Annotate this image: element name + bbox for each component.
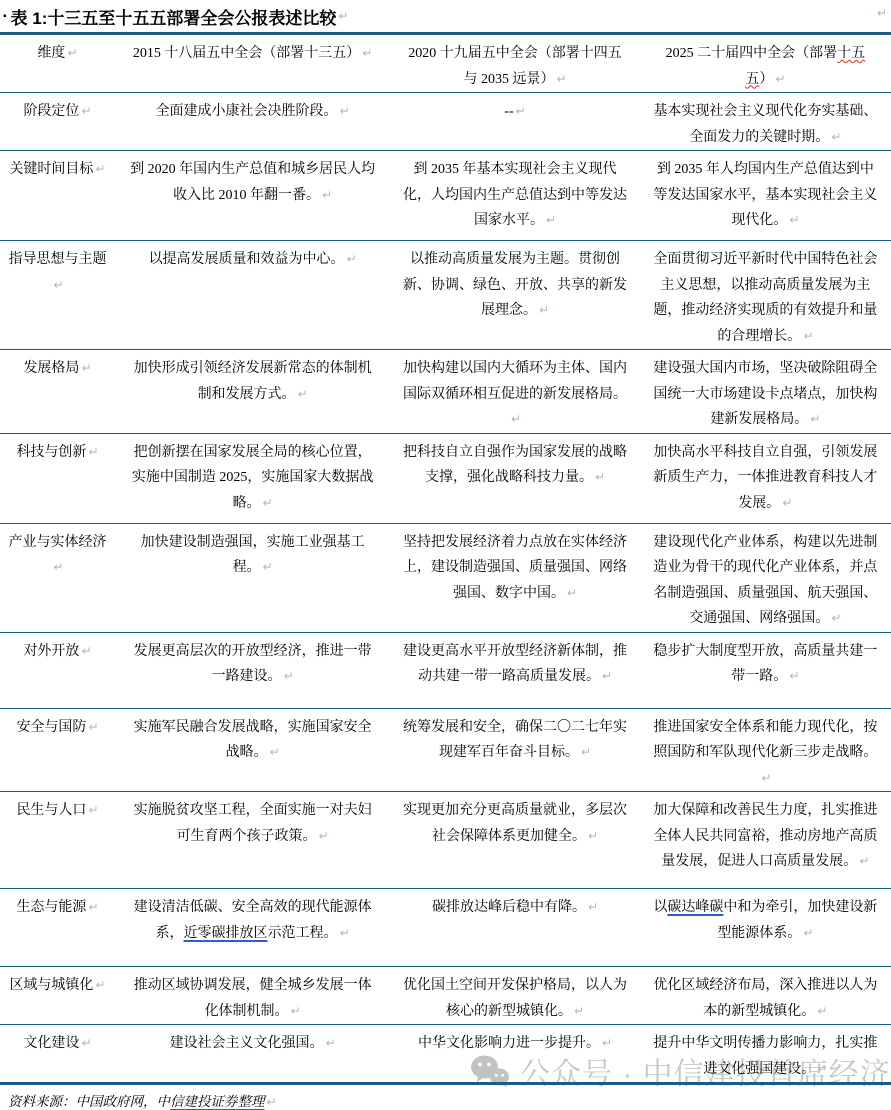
table-cell: 把创新摆在国家发展全局的核心位置，实施中国制造 2025，实施国家大数据战略。↵ [115, 434, 390, 517]
table-row: 科技与创新↵把创新摆在国家发展全局的核心位置，实施中国制造 2025，实施国家大… [0, 434, 891, 524]
row-label: 区域与城镇化↵ [0, 967, 115, 999]
paragraph-mark-icon: ↵ [81, 361, 91, 375]
paragraph-mark-icon: ↵ [95, 162, 105, 176]
cell-text: 安全与国防 [16, 720, 86, 735]
row-label: 指导思想与主题↵ [0, 241, 115, 298]
cell-text: 全面贯彻习近平新时代中国特色社会主义思想，以推动高质量发展为主题，推动经济实现质… [653, 252, 877, 344]
paragraph-mark-icon: ↵ [263, 560, 273, 574]
paragraph-mark-icon: ↵ [340, 926, 350, 940]
paragraph-mark-icon: ↵ [539, 303, 549, 317]
cell-text: 坚持把发展经济着力点放在实体经济上，建设制造强国、质量强国、网络强国、数字中国。 [403, 535, 627, 601]
table-cell: 建设更高水平开放型经济新体制，推动共建一带一路高质量发展。↵ [390, 633, 639, 690]
paragraph-mark-icon: ↵ [831, 611, 841, 625]
paragraph-mark-icon: ↵ [782, 496, 792, 510]
table-cell: 统筹发展和安全，确保二〇二七年实现建军百年奋斗目标。↵ [390, 709, 639, 766]
table-row: 产业与实体经济↵加快建设制造强国，实施工业强基工程。↵坚持把发展经济着力点放在实… [0, 524, 891, 633]
paragraph-mark-icon: ↵ [859, 854, 869, 868]
row-label: 安全与国防↵ [0, 709, 115, 741]
paragraph-mark-icon: ↵ [556, 72, 566, 86]
paragraph-mark-icon: ↵ [263, 496, 273, 510]
paragraph-mark-icon: ↵ [322, 188, 332, 202]
paragraph-mark-icon: ↵ [347, 252, 357, 266]
table-cell: 推进国家安全体系和能力现代化，按照国防和军队现代化新三步走战略。↵ [640, 709, 891, 792]
title-bullet-icon: ▪ [3, 11, 7, 22]
cell-text: 以 [653, 900, 667, 915]
table-cell: 以提高发展质量和效益为中心。↵ [115, 241, 390, 273]
table-cell: 提升中华文明传播力影响力，扎实推进文化强国建设。↵ [640, 1025, 891, 1082]
paragraph-mark-icon: ↵ [817, 1004, 827, 1018]
column-header: 2020 十九届五中全会（部署十四五与 2035 远景）↵ [390, 35, 639, 92]
grammar-marked-text: 碳达峰碳 [667, 900, 723, 915]
paragraph-mark-icon: ↵ [581, 745, 591, 759]
cell-text: 建设现代化产业体系，构建以先进制造业为骨干的现代化产业体系，并点名制造强国、质量… [653, 535, 877, 627]
cell-text: 推进国家安全体系和能力现代化，按照国防和军队现代化新三步走战略。 [653, 720, 877, 761]
paragraph-mark-icon: ↵ [53, 278, 63, 292]
paragraph-mark-icon: ↵ [789, 669, 799, 683]
paragraph-mark-icon: ↵ [88, 803, 98, 817]
row-label: 文化建设↵ [0, 1025, 115, 1057]
paragraph-mark-icon: ↵ [803, 329, 813, 343]
paragraph-mark-icon: ↵ [88, 445, 98, 459]
row-label: 对外开放↵ [0, 633, 115, 665]
cell-text: 基本实现社会主义现代化夯实基础、全面发力的关键时期。 [653, 104, 877, 145]
row-label: 科技与创新↵ [0, 434, 115, 466]
paragraph-mark-icon: ↵ [595, 470, 605, 484]
cell-text: 加大保障和改善民生力度，扎实推进全体人民共同富裕，推动房地产高质量发展，促进人口… [653, 803, 877, 869]
table-cell: 到 2035 年人均国内生产总值达到中等发达国家水平，基本实现社会主义现代化。↵ [640, 151, 891, 234]
table-cell: 加大保障和改善民生力度，扎实推进全体人民共同富裕，推动房地产高质量发展，促进人口… [640, 792, 891, 875]
paragraph-mark-icon: ↵ [298, 387, 308, 401]
table-cell: 坚持把发展经济着力点放在实体经济上，建设制造强国、质量强国、网络强国、数字中国。… [390, 524, 639, 607]
cell-text: 阶段定位 [23, 104, 79, 119]
table-cell: 以推动高质量发展为主题。贯彻创新、协调、绿色、开放、共享的新发展理念。↵ [390, 241, 639, 324]
paragraph-mark-icon: ↵ [88, 720, 98, 734]
cell-text: 加快建设制造强国，实施工业强基工程。 [141, 535, 365, 576]
cell-text: 以推动高质量发展为主题。贯彻创新、协调、绿色、开放、共享的新发展理念。 [403, 252, 627, 318]
row-label: 民生与人口↵ [0, 792, 115, 824]
cell-text: 对外开放 [23, 644, 79, 659]
table-cell: 全面建成小康社会决胜阶段。↵ [115, 93, 390, 125]
table-row: 发展格局↵加快形成引领经济发展新常态的体制机制和发展方式。↵加快构建以国内大循环… [0, 350, 891, 434]
paragraph-mark-icon: ↵ [338, 9, 348, 23]
table-cell: 加快建设制造强国，实施工业强基工程。↵ [115, 524, 390, 581]
cell-text: 实施军民融合发展战略，实施国家安全战略。 [134, 720, 372, 761]
paragraph-mark-icon: ↵ [602, 669, 612, 683]
paragraph-mark-icon: ↵ [319, 829, 329, 843]
paragraph-mark-icon: ↵ [53, 560, 63, 574]
cell-text: 建设社会主义文化强国。 [170, 1036, 324, 1051]
table-row: 生态与能源↵建设清洁低碳、安全高效的现代能源体系，近零碳排放区示范工程。↵碳排放… [0, 889, 891, 967]
cell-text: 优化国土空间开发保护格局，以人为核心的新型城镇化。 [403, 978, 627, 1019]
comparison-table: 维度↵2015 十八届五中全会（部署十三五）↵2020 十九届五中全会（部署十四… [0, 32, 891, 1085]
table-cell: 建设现代化产业体系，构建以先进制造业为骨干的现代化产业体系，并点名制造强国、质量… [640, 524, 891, 632]
cell-text: ） [759, 72, 773, 87]
row-label: 产业与实体经济↵ [0, 524, 115, 581]
row-label: 生态与能源↵ [0, 889, 115, 921]
row-label: 阶段定位↵ [0, 93, 115, 125]
table-cell: 到 2035 年基本实现社会主义现代化，人均国内生产总值达到中等发达国家水平。↵ [390, 151, 639, 234]
paragraph-mark-icon: ↵ [270, 745, 280, 759]
paragraph-mark-icon: ↵ [574, 1004, 584, 1018]
cell-text: 维度 [37, 46, 65, 61]
cell-text: 文化建设 [23, 1036, 79, 1051]
cell-text: 到 2020 年国内生产总值和城乡居民人均收入比 2010 年翻一番。 [130, 162, 375, 203]
cell-text: 建设强大国内市场，坚决破除阻碍全国统一大市场建设卡点堵点，加快构建新发展格局。 [653, 361, 877, 427]
table-cell: 到 2020 年国内生产总值和城乡居民人均收入比 2010 年翻一番。↵ [115, 151, 390, 208]
cell-text: 把科技自立自强作为国家发展的战略支撑，强化战略科技力量。 [403, 445, 627, 486]
cell-text: 到 2035 年人均国内生产总值达到中等发达国家水平，基本实现社会主义现代化。 [653, 162, 877, 228]
paragraph-mark-icon: ↵ [761, 771, 771, 785]
table-cell: 建设清洁低碳、安全高效的现代能源体系，近零碳排放区示范工程。↵ [115, 889, 390, 946]
paragraph-mark-icon: ↵ [362, 46, 372, 60]
cell-text: 实施脱贫攻坚工程，全面实施一对夫妇可生育两个孩子政策。 [134, 803, 372, 844]
table-cell: 中华文化影响力进一步提升。↵ [390, 1025, 639, 1057]
paragraph-mark-icon: ↵ [291, 1004, 301, 1018]
table-cell: 加快高水平科技自立自强，引领发展新质生产力，一体推进教育科技人才发展。↵ [640, 434, 891, 517]
paragraph-mark-icon: ↵ [831, 130, 841, 144]
table-cell: 实现更加充分更高质量就业，多层次社会保障体系更加健全。↵ [390, 792, 639, 849]
paragraph-mark-icon: ↵ [789, 213, 799, 227]
table-row: 阶段定位↵全面建成小康社会决胜阶段。↵--↵基本实现社会主义现代化夯实基础、全面… [0, 93, 891, 151]
cell-text: 建设更高水平开放型经济新体制，推动共建一带一路高质量发展。 [403, 644, 627, 685]
paragraph-mark-icon: ↵ [326, 1036, 336, 1050]
table-cell: 推动区域协调发展，健全城乡发展一体化体制机制。↵ [115, 967, 390, 1024]
cell-text: 2015 十八届五中全会（部署十三五） [133, 46, 361, 61]
grammar-marked-text: 近零碳排放区 [184, 926, 268, 941]
source-note: 资料来源：中国政府网，中信建投证券整理↵ [0, 1090, 891, 1110]
cell-text: 指导思想与主题 [8, 252, 106, 267]
cell-text: 提升中华文明传播力影响力，扎实推进文化强国建设。 [653, 1036, 877, 1077]
cell-text: 生态与能源 [16, 900, 86, 915]
cell-text: 科技与创新 [16, 445, 86, 460]
cell-text: 2020 十九届五中全会（部署十四五与 2035 远景） [408, 46, 622, 87]
table-row: 对外开放↵发展更高层次的开放型经济，推进一带一路建设。↵建设更高水平开放型经济新… [0, 633, 891, 709]
table-row: 指导思想与主题↵以提高发展质量和效益为中心。↵以推动高质量发展为主题。贯彻创新、… [0, 241, 891, 350]
cell-text: -- [504, 104, 513, 119]
column-header: 2025 二十届四中全会（部署十五五）↵ [640, 35, 891, 92]
paragraph-mark-icon: ↵ [775, 72, 785, 86]
paragraph-mark-icon: ↵ [877, 6, 887, 20]
paragraph-mark-icon: ↵ [546, 213, 556, 227]
paragraph-mark-icon: ↵ [95, 978, 105, 992]
paragraph-mark-icon: ↵ [588, 900, 598, 914]
cell-text: 产业与实体经济 [8, 535, 106, 550]
table-cell: 把科技自立自强作为国家发展的战略支撑，强化战略科技力量。↵ [390, 434, 639, 491]
table-title-text: 表 1:十三五至十五五部署全会公报表述比较 [11, 4, 337, 29]
table-cell: 优化区域经济布局，深入推进以人为本的新型城镇化。↵ [640, 967, 891, 1024]
table-header-row: 维度↵2015 十八届五中全会（部署十三五）↵2020 十九届五中全会（部署十四… [0, 35, 891, 93]
table-row: 关键时间目标↵到 2020 年国内生产总值和城乡居民人均收入比 2010 年翻一… [0, 151, 891, 241]
paragraph-mark-icon: ↵ [267, 1095, 277, 1109]
cell-text: 区域与城镇化 [9, 978, 93, 993]
cell-text: 加快高水平科技自立自强，引领发展新质生产力，一体推进教育科技人才发展。 [653, 445, 877, 511]
cell-text: 统筹发展和安全，确保二〇二七年实现建军百年奋斗目标。 [403, 720, 627, 761]
cell-text: 中和为牵引，加快建设新型能源体系。 [717, 900, 877, 941]
table-cell: 稳步扩大制度型开放，高质量共建一带一路。↵ [640, 633, 891, 690]
source-note-marked-text: 信建投证券整理 [170, 1094, 265, 1109]
cell-text: 稳步扩大制度型开放，高质量共建一带一路。 [653, 644, 877, 685]
paragraph-mark-icon: ↵ [516, 104, 526, 118]
paragraph-mark-icon: ↵ [803, 926, 813, 940]
cell-text: 全面建成小康社会决胜阶段。 [156, 104, 338, 119]
paragraph-mark-icon: ↵ [817, 1062, 827, 1076]
paragraph-mark-icon: ↵ [81, 1036, 91, 1050]
table-cell: 发展更高层次的开放型经济，推进一带一路建设。↵ [115, 633, 390, 690]
cell-text: 示范工程。 [268, 926, 338, 941]
cell-text: 碳排放达峰后稳中有降。 [432, 900, 586, 915]
table-cell: 碳排放达峰后稳中有降。↵ [390, 889, 639, 921]
table-cell: --↵ [390, 93, 639, 125]
table-cell: 实施军民融合发展战略，实施国家安全战略。↵ [115, 709, 390, 766]
cell-text: 发展格局 [23, 361, 79, 376]
cell-text: 加快构建以国内大循环为主体、国内国际双循环相互促进的新发展格局。 [403, 361, 627, 402]
cell-text: 关键时间目标 [9, 162, 93, 177]
cell-text: 中华文化影响力进一步提升。 [418, 1036, 600, 1051]
cell-text: 推动区域协调发展，健全城乡发展一体化体制机制。 [134, 978, 372, 1019]
source-note-text: 资料来源：中国政府网，中 [8, 1094, 170, 1109]
paragraph-mark-icon: ↵ [340, 104, 350, 118]
table-cell: 全面贯彻习近平新时代中国特色社会主义思想，以推动高质量发展为主题，推动经济实现质… [640, 241, 891, 349]
cell-text: 以提高发展质量和效益为中心。 [149, 252, 345, 267]
row-label: 发展格局↵ [0, 350, 115, 382]
paragraph-mark-icon: ↵ [602, 1036, 612, 1050]
table-cell: 加快形成引领经济发展新常态的体制机制和发展方式。↵ [115, 350, 390, 407]
paragraph-mark-icon: ↵ [567, 586, 577, 600]
table-title: ▪ 表 1:十三五至十五五部署全会公报表述比较 ↵ [0, 0, 891, 32]
table-cell: 以碳达峰碳中和为牵引，加快建设新型能源体系。↵ [640, 889, 891, 946]
column-header: 2015 十八届五中全会（部署十三五）↵ [115, 35, 390, 67]
cell-text: 到 2035 年基本实现社会主义现代化，人均国内生产总值达到中等发达国家水平。 [403, 162, 627, 228]
cell-text: 发展更高层次的开放型经济，推进一带一路建设。 [134, 644, 372, 685]
paragraph-mark-icon: ↵ [81, 644, 91, 658]
table-cell: 优化国土空间开发保护格局，以人为核心的新型城镇化。↵ [390, 967, 639, 1024]
row-label: 关键时间目标↵ [0, 151, 115, 183]
table-cell: 加快构建以国内大循环为主体、国内国际双循环相互促进的新发展格局。↵ [390, 350, 639, 433]
table-cell: 基本实现社会主义现代化夯实基础、全面发力的关键时期。↵ [640, 93, 891, 150]
paragraph-mark-icon: ↵ [81, 104, 91, 118]
table-row: 文化建设↵建设社会主义文化强国。↵中华文化影响力进一步提升。↵提升中华文明传播力… [0, 1025, 891, 1082]
table-cell: 实施脱贫攻坚工程，全面实施一对夫妇可生育两个孩子政策。↵ [115, 792, 390, 849]
table-cell: 建设强大国内市场，坚决破除阻碍全国统一大市场建设卡点堵点，加快构建新发展格局。↵ [640, 350, 891, 433]
paragraph-mark-icon: ↵ [284, 669, 294, 683]
paragraph-mark-icon: ↵ [67, 46, 77, 60]
column-header-dimension: 维度↵ [0, 35, 115, 67]
paragraph-mark-icon: ↵ [511, 412, 521, 426]
table-row: 安全与国防↵实施军民融合发展战略，实施国家安全战略。↵统筹发展和安全，确保二〇二… [0, 709, 891, 793]
paragraph-mark-icon: ↵ [810, 412, 820, 426]
cell-text: 加快形成引领经济发展新常态的体制机制和发展方式。 [134, 361, 372, 402]
cell-text: 优化区域经济布局，深入推进以人为本的新型城镇化。 [653, 978, 877, 1019]
table-row: 民生与人口↵实施脱贫攻坚工程，全面实施一对夫妇可生育两个孩子政策。↵实现更加充分… [0, 792, 891, 889]
paragraph-mark-icon: ↵ [588, 829, 598, 843]
cell-text: 民生与人口 [16, 803, 86, 818]
paragraph-mark-icon: ↵ [88, 900, 98, 914]
table-row: 区域与城镇化↵推动区域协调发展，健全城乡发展一体化体制机制。↵优化国土空间开发保… [0, 967, 891, 1025]
cell-text: 把创新摆在国家发展全局的核心位置，实施中国制造 2025，实施国家大数据战略。 [132, 445, 374, 511]
table-cell: 建设社会主义文化强国。↵ [115, 1025, 390, 1057]
cell-text: 2025 二十届四中全会（部署 [666, 46, 838, 61]
